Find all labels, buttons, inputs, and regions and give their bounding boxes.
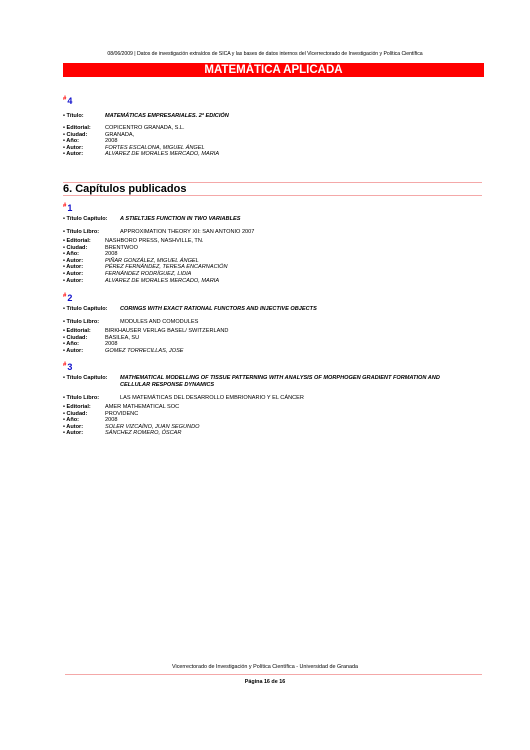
- entry-number: #3: [63, 362, 72, 372]
- field-label: • Autor:: [63, 145, 83, 152]
- field-label: • Autor:: [63, 271, 83, 278]
- chapter-title: MATHEMATICAL MODELLING OF TISSUE PATTERN…: [120, 375, 450, 388]
- field-label: • Autor:: [63, 258, 83, 265]
- entry-number: #4: [63, 96, 72, 106]
- field-label: • Ciudad:: [63, 335, 87, 342]
- field-label: • Año:: [63, 341, 79, 348]
- book-title-row: • Título Libro:APPROXIMATION THEORY XII:…: [63, 229, 99, 236]
- field-row: • Año:2008: [63, 138, 79, 145]
- field-value: 2008: [105, 138, 117, 145]
- field-label: • Año:: [63, 138, 79, 145]
- field-value: COPICENTRO GRANADA, S.L.: [105, 125, 185, 132]
- field-label: • Título Capítulo:: [63, 216, 108, 223]
- field-value: BIRKHAUSER VERLAG BASEL/ SWITZERLAND: [105, 328, 228, 335]
- field-label: • Autor:: [63, 424, 83, 431]
- entry-number-value: 4: [67, 96, 72, 106]
- entry-number-value: 3: [67, 362, 72, 372]
- hash-mark: #: [63, 96, 66, 102]
- field-value: GRANADA,: [105, 132, 134, 139]
- chapter-title-row: • Título Capítulo:A STIELTJES FUNCTION I…: [63, 216, 108, 223]
- field-value: PÉREZ FERNÁNDEZ, TERESA ENCARNACIÓN: [105, 264, 228, 271]
- field-label: • Editorial:: [63, 125, 91, 132]
- chapter-title-row: • Título Capítulo:CORINGS WITH EXACT RAT…: [63, 306, 108, 313]
- field-label: • Editorial:: [63, 238, 91, 245]
- field-row: • Ciudad:PROVIDENC: [63, 411, 87, 418]
- hash-mark: #: [63, 362, 66, 368]
- book-title: APPROXIMATION THEORY XII: SAN ANTONIO 20…: [120, 229, 254, 236]
- field-value: BRENTWOO: [105, 245, 138, 252]
- entry-number: #2: [63, 293, 72, 303]
- book-title-row: • Título Libro:MODULES AND COMODULES: [63, 319, 99, 326]
- field-row: • Autor:FERNÁNDEZ RODRÍGUEZ, LIDIA: [63, 271, 83, 278]
- field-value: FORTES ESCALONA, MIGUEL ÁNGEL: [105, 145, 205, 152]
- field-label: • Autor:: [63, 430, 83, 437]
- field-row: • Ciudad:GRANADA,: [63, 132, 87, 139]
- entry-number-value: 2: [67, 293, 72, 303]
- field-row: • Autor:PIÑAR GONZÁLEZ, MIGUEL ÁNGEL: [63, 258, 83, 265]
- field-label: • Ciudad:: [63, 411, 87, 418]
- field-value: MATEMÁTICAS EMPRESARIALES. 2ª EDICIÓN: [105, 113, 229, 120]
- section-heading: 6. Capítulos publicados: [63, 182, 482, 196]
- field-label: • Autor:: [63, 348, 83, 355]
- field-label: • Ciudad:: [63, 245, 87, 252]
- field-row: • Ciudad:BASILEA, SU: [63, 335, 87, 342]
- field-label: • Título Libro:: [63, 395, 99, 402]
- field-row: • Editorial:NASHBORO PRESS, NASHVILLE, T…: [63, 238, 91, 245]
- field-row: • Año:2008: [63, 341, 79, 348]
- field-label: • Autor:: [63, 151, 83, 158]
- field-value: NASHBORO PRESS, NASHVILLE, TN.: [105, 238, 203, 245]
- hash-mark: #: [63, 293, 66, 299]
- field-value: ALVAREZ DE MORALES MERCADO, MARIA: [105, 278, 219, 285]
- page-number: Página 16 de 16: [0, 679, 530, 685]
- field-label: • Título Libro:: [63, 319, 99, 326]
- footer-divider: [65, 674, 482, 675]
- field-label: • Editorial:: [63, 404, 91, 411]
- field-value: SÁNCHEZ ROMERO, ÓSCAR: [105, 430, 181, 437]
- entry-title-row: • Título: MATEMÁTICAS EMPRESARIALES. 2ª …: [63, 113, 84, 120]
- field-label: • Autor:: [63, 264, 83, 271]
- field-row: • Autor:GOMEZ TORRECILLAS, JOSE: [63, 348, 83, 355]
- book-title: MODULES AND COMODULES: [120, 319, 198, 326]
- field-value: AMER MATHEMATICAL SOC: [105, 404, 179, 411]
- field-value: ALVAREZ DE MORALES MERCADO, MARIA: [105, 151, 219, 158]
- field-row: • Autor:FORTES ESCALONA, MIGUEL ÁNGEL: [63, 145, 83, 152]
- field-label: • Editorial:: [63, 328, 91, 335]
- field-value: 2008: [105, 417, 117, 424]
- field-row: • Autor:SOLER VIZCAÍNO, JUAN SEGUNDO: [63, 424, 83, 431]
- chapter-title-row: • Título Capítulo:MATHEMATICAL MODELLING…: [63, 375, 108, 382]
- field-label: • Título:: [63, 113, 84, 120]
- field-value: PROVIDENC: [105, 411, 138, 418]
- field-label: • Ciudad:: [63, 132, 87, 139]
- field-row: • Autor:ALVAREZ DE MORALES MERCADO, MARI…: [63, 278, 83, 285]
- field-label: • Título Capítulo:: [63, 375, 108, 382]
- entry-number-value: 1: [67, 203, 72, 213]
- book-title-row: • Título Libro:LAS MATEMÁTICAS DEL DESAR…: [63, 395, 99, 402]
- entry-number: #1: [63, 203, 72, 213]
- field-value: 2008: [105, 251, 117, 258]
- field-label: • Título Capítulo:: [63, 306, 108, 313]
- field-label: • Año:: [63, 251, 79, 258]
- field-row: • Editorial:BIRKHAUSER VERLAG BASEL/ SWI…: [63, 328, 91, 335]
- footer-text: Vicerrectorado de Investigación y Políti…: [0, 664, 530, 670]
- field-value: FERNÁNDEZ RODRÍGUEZ, LIDIA: [105, 271, 191, 278]
- field-value: BASILEA, SU: [105, 335, 139, 342]
- chapter-title: A STIELTJES FUNCTION IN TWO VARIABLES: [120, 216, 240, 223]
- field-row: • Editorial:AMER MATHEMATICAL SOC: [63, 404, 91, 411]
- field-row: • Año:2008: [63, 417, 79, 424]
- field-label: • Autor:: [63, 278, 83, 285]
- field-label: • Título Libro:: [63, 229, 99, 236]
- field-value: 2008: [105, 341, 117, 348]
- department-title-bar: MATEMÁTICA APLICADA: [63, 63, 484, 77]
- field-row: • Año:2008: [63, 251, 79, 258]
- field-row: • Autor:ALVAREZ DE MORALES MERCADO, MARI…: [63, 151, 83, 158]
- hash-mark: #: [63, 203, 66, 209]
- book-title: LAS MATEMÁTICAS DEL DESARROLLO EMBRIONAR…: [120, 395, 304, 402]
- field-label: • Año:: [63, 417, 79, 424]
- page-header-text: 08/06/2009 | Datos de investigación extr…: [0, 51, 530, 57]
- chapter-title: CORINGS WITH EXACT RATIONAL FUNCTORS AND…: [120, 306, 317, 313]
- field-row: • Autor:SÁNCHEZ ROMERO, ÓSCAR: [63, 430, 83, 437]
- field-value: GOMEZ TORRECILLAS, JOSE: [105, 348, 184, 355]
- field-row: • Autor:PÉREZ FERNÁNDEZ, TERESA ENCARNAC…: [63, 264, 83, 271]
- field-row: • Ciudad:BRENTWOO: [63, 245, 87, 252]
- field-row: • Editorial:COPICENTRO GRANADA, S.L.: [63, 125, 91, 132]
